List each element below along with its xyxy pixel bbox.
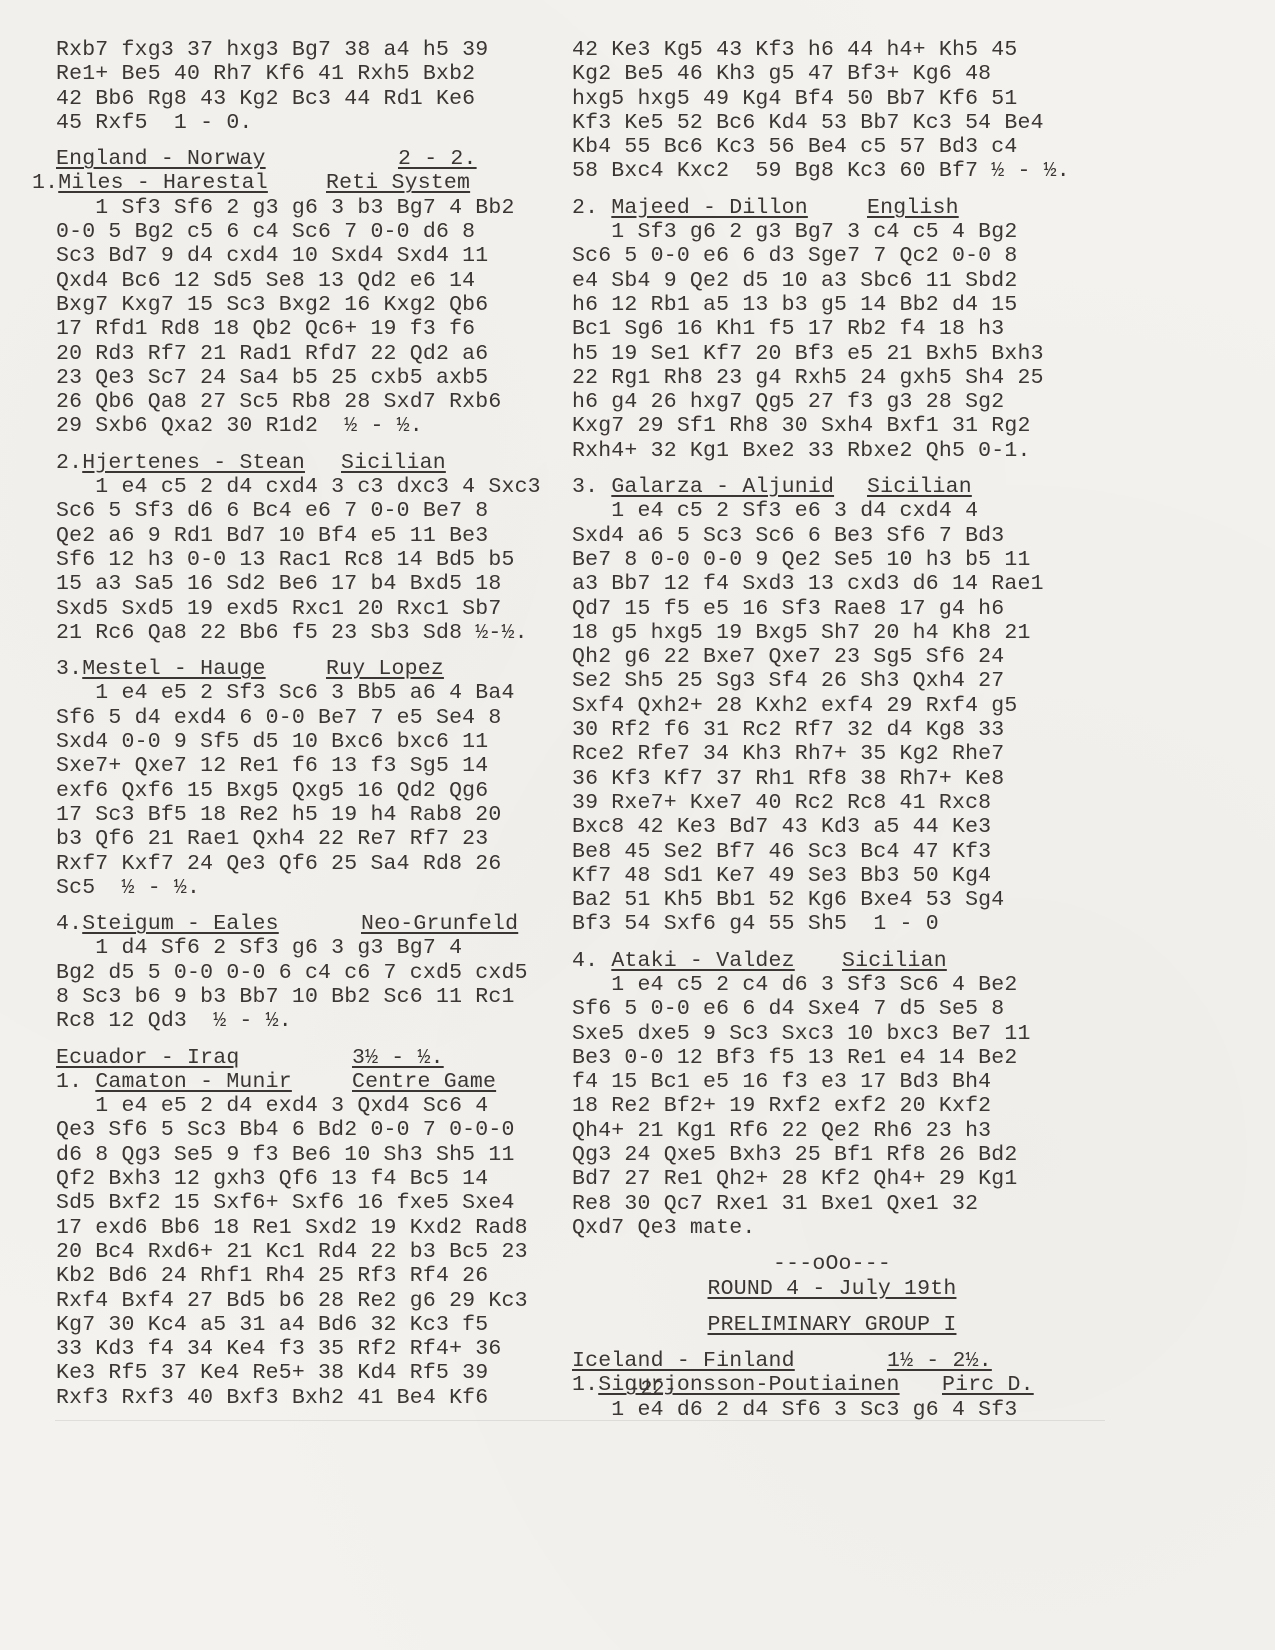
move-line: Rxb7 fxg3 37 hxg3 Bg7 38 a4 h5 39 xyxy=(56,38,526,62)
heading-row: 4.Steigum - EalesNeo-Grunfeld xyxy=(56,912,526,936)
game-number: 2. xyxy=(56,451,82,475)
right-column: 42 Ke3 Kg5 43 Kf3 h6 44 h4+ Kh5 45Kg2 Be… xyxy=(572,38,1092,1422)
heading-row: 3.Mestel - HaugeRuy Lopez xyxy=(56,657,526,681)
group-heading: PRELIMINARY GROUP I xyxy=(708,1313,957,1337)
spacer xyxy=(572,1337,1092,1349)
game-opening: Sicilian xyxy=(842,949,947,973)
move-line: Kg7 30 Kc4 a5 31 a4 Bd6 32 Kc3 f5 xyxy=(56,1313,526,1337)
match-title: Iceland - Finland xyxy=(572,1349,795,1373)
move-line: 1 e4 e5 2 Sf3 Sc6 3 Bb5 a6 4 Ba4 xyxy=(56,681,526,705)
move-line: 15 a3 Sa5 16 Sd2 Be6 17 b4 Bxd5 18 xyxy=(56,572,526,596)
game-number: 3. xyxy=(572,475,611,499)
spacer xyxy=(56,1034,526,1046)
game-number: 2. xyxy=(572,196,611,220)
spacer xyxy=(572,184,1092,196)
move-line: Qe3 Sf6 5 Sc3 Bb4 6 Bd2 0-0 7 0-0-0 xyxy=(56,1118,526,1142)
move-line: 22 Rg1 Rh8 23 g4 Rxh5 24 gxh5 Sh4 25 xyxy=(572,366,1092,390)
move-line: Kf3 Ke5 52 Bc6 Kd4 53 Bb7 Kc3 54 Be4 xyxy=(572,111,1092,135)
move-line: Qxd7 Qe3 mate. xyxy=(572,1216,1092,1240)
move-line: 45 Rxf5 1 - 0. xyxy=(56,111,526,135)
move-line: Rxh4+ 32 Kg1 Bxe2 33 Rbxe2 Qh5 0-1. xyxy=(572,439,1092,463)
move-line: 1 Sf3 Sf6 2 g3 g6 3 b3 Bg7 4 Bb2 xyxy=(56,196,526,220)
spacer xyxy=(572,463,1092,475)
move-line: 29 Sxb6 Qxa2 30 R1d2 ½ - ½. xyxy=(56,414,526,438)
move-line: f4 15 Bc1 e5 16 f3 e3 17 Bd3 Bh4 xyxy=(572,1070,1092,1094)
move-line: Bg2 d5 5 0-0 0-0 6 c4 c6 7 cxd5 cxd5 xyxy=(56,961,526,985)
move-line: Qd7 15 f5 e5 16 Sf3 Rae8 17 g4 h6 xyxy=(572,597,1092,621)
spacer xyxy=(56,900,526,912)
game-players: Camaton - Munir xyxy=(95,1070,292,1094)
move-line: 1 e4 d6 2 d4 Sf6 3 Sc3 g6 4 Sf3 xyxy=(572,1398,1092,1422)
heading-row: 1. Camaton - MunirCentre Game xyxy=(56,1070,526,1094)
move-line: exf6 Qxf6 15 Bxg5 Qxg5 16 Qd2 Qg6 xyxy=(56,779,526,803)
move-line: Kxg7 29 Sf1 Rh8 30 Sxh4 Bxf1 31 Rg2 xyxy=(572,414,1092,438)
move-line: 18 g5 hxg5 19 Bxg5 Sh7 20 h4 Kh8 21 xyxy=(572,621,1092,645)
move-line: 1 Sf3 g6 2 g3 Bg7 3 c4 c5 4 Bg2 xyxy=(572,220,1092,244)
left-column: Rxb7 fxg3 37 hxg3 Bg7 38 a4 h5 39Re1+ Be… xyxy=(56,38,526,1410)
move-line: e4 Sb4 9 Qe2 d5 10 a3 Sbc6 11 Sbd2 xyxy=(572,269,1092,293)
move-line: Qe2 a6 9 Rd1 Bd7 10 Bf4 e5 11 Be3 xyxy=(56,524,526,548)
move-line: 17 exd6 Bb6 18 Re1 Sxd2 19 Kxd2 Rad8 xyxy=(56,1216,526,1240)
game-opening: Sicilian xyxy=(341,451,446,475)
move-line: Bxc8 42 Ke3 Bd7 43 Kd3 a5 44 Ke3 xyxy=(572,815,1092,839)
game-opening: English xyxy=(867,196,959,220)
move-line: b3 Qf6 21 Rae1 Qxh4 22 Re7 Rf7 23 xyxy=(56,827,526,851)
move-line: 30 Rf2 f6 31 Rc2 Rf7 32 d4 Kg8 33 xyxy=(572,718,1092,742)
move-line: Sf6 5 0-0 e6 6 d4 Sxe4 7 d5 Se5 8 xyxy=(572,997,1092,1021)
round-heading-row: ROUND 4 - July 19th xyxy=(572,1277,1092,1301)
match-score: 3½ - ½. xyxy=(352,1046,444,1070)
move-line: Rxf7 Kxf7 24 Qe3 Qf6 25 Sa4 Rd8 26 xyxy=(56,852,526,876)
move-line: Sxe7+ Qxe7 12 Re1 f6 13 f3 Sg5 14 xyxy=(56,754,526,778)
game-number: 3. xyxy=(56,657,82,681)
move-line: 0-0 5 Bg2 c5 6 c4 Sc6 7 0-0 d6 8 xyxy=(56,220,526,244)
game-players: Mestel - Hauge xyxy=(82,657,265,681)
move-line: 8 Sc3 b6 9 b3 Bb7 10 Bb2 Sc6 11 Rc1 xyxy=(56,985,526,1009)
heading-row: 2. Majeed - DillonEnglish xyxy=(572,196,1092,220)
move-line: h5 19 Se1 Kf7 20 Bf3 e5 21 Bxh5 Bxh3 xyxy=(572,342,1092,366)
move-line: 42 Ke3 Kg5 43 Kf3 h6 44 h4+ Kh5 45 xyxy=(572,38,1092,62)
move-line: Ba2 51 Kh5 Bb1 52 Kg6 Bxe4 53 Sg4 xyxy=(572,888,1092,912)
move-line: Bf3 54 Sxf6 g4 55 Sh5 1 - 0 xyxy=(572,912,1092,936)
move-line: 33 Kd3 f4 34 Ke4 f3 35 Rf2 Rf4+ 36 xyxy=(56,1337,526,1361)
move-line: 21 Rc6 Qa8 22 Bb6 f5 23 Sb3 Sd8 ½-½. xyxy=(56,621,526,645)
move-line: Sf6 5 d4 exd4 6 0-0 Be7 7 e5 Se4 8 xyxy=(56,706,526,730)
game-players: Hjertenes - Stean xyxy=(82,451,305,475)
spacer xyxy=(56,439,526,451)
move-line: Qf2 Bxh3 12 gxh3 Qf6 13 f4 Bc5 14 xyxy=(56,1167,526,1191)
game-players: Steigum - Eales xyxy=(82,912,279,936)
move-line: Qh2 g6 22 Bxe7 Qxe7 23 Sg5 Sf6 24 xyxy=(572,645,1092,669)
move-line: a3 Bb7 12 f4 Sxd3 13 cxd3 d6 14 Rae1 xyxy=(572,572,1092,596)
move-line: Sc3 Bd7 9 d4 cxd4 10 Sxd4 Sxd4 11 xyxy=(56,244,526,268)
move-line: Sxf4 Qxh2+ 28 Kxh2 exf4 29 Rxf4 g5 xyxy=(572,694,1092,718)
game-number: 4. xyxy=(572,949,611,973)
move-line: 1 d4 Sf6 2 Sf3 g6 3 g3 Bg7 4 xyxy=(56,936,526,960)
move-line: 26 Qb6 Qa8 27 Sc5 Rb8 28 Sxd7 Rxb6 xyxy=(56,390,526,414)
move-line: Re1+ Be5 40 Rh7 Kf6 41 Rxh5 Bxb2 xyxy=(56,62,526,86)
move-line: Sf6 12 h3 0-0 13 Rac1 Rc8 14 Bd5 b5 xyxy=(56,548,526,572)
move-line: Sxe5 dxe5 9 Sc3 Sxc3 10 bxc3 Be7 11 xyxy=(572,1022,1092,1046)
game-opening: Sicilian xyxy=(867,475,972,499)
move-line: Kb4 55 Bc6 Kc3 56 Be4 c5 57 Bd3 c4 xyxy=(572,135,1092,159)
game-players: Miles - Harestal xyxy=(58,171,268,195)
spacer xyxy=(572,1301,1092,1313)
game-opening: Centre Game xyxy=(352,1070,496,1094)
move-line: 1 e4 c5 2 Sf3 e6 3 d4 cxd4 4 xyxy=(572,499,1092,523)
game-opening: Neo-Grunfeld xyxy=(361,912,518,936)
move-line: 1 e4 c5 2 c4 d6 3 Sf3 Sc6 4 Be2 xyxy=(572,973,1092,997)
move-line: d6 8 Qg3 Se5 9 f3 Be6 10 Sh3 Sh5 11 xyxy=(56,1143,526,1167)
move-line: Sxd5 Sxd5 19 exd5 Rxc1 20 Rxc1 Sb7 xyxy=(56,597,526,621)
move-line: Sxd4 a6 5 Sc3 Sc6 6 Be3 Sf6 7 Bd3 xyxy=(572,524,1092,548)
group-heading-row: PRELIMINARY GROUP I xyxy=(572,1313,1092,1337)
match-title: England - Norway xyxy=(56,147,266,171)
move-line: Sd5 Bxf2 15 Sxf6+ Sxf6 16 fxe5 Sxe4 xyxy=(56,1191,526,1215)
move-line: Kf7 48 Sd1 Ke7 49 Se3 Bb3 50 Kg4 xyxy=(572,864,1092,888)
move-line: Kg2 Be5 46 Kh3 g5 47 Bf3+ Kg6 48 xyxy=(572,62,1092,86)
spacer xyxy=(572,937,1092,949)
move-line: Rxf4 Bxf4 27 Bd5 b6 28 Re2 g6 29 Kc3 xyxy=(56,1289,526,1313)
page-bottom-rule xyxy=(55,1420,1105,1421)
heading-row: 1.Miles - HarestalReti System xyxy=(32,171,526,195)
move-line: Rc8 12 Qd3 ½ - ½. xyxy=(56,1009,526,1033)
round-heading: ROUND 4 - July 19th xyxy=(708,1277,957,1301)
move-line: Qxd4 Bc6 12 Sd5 Se8 13 Qd2 e6 14 xyxy=(56,269,526,293)
move-line: 18 Re2 Bf2+ 19 Rxf2 exf2 20 Kxf2 xyxy=(572,1094,1092,1118)
match-title: Ecuador - Iraq xyxy=(56,1046,239,1070)
spacer xyxy=(56,135,526,147)
move-line: Re8 30 Qc7 Rxe1 31 Bxe1 Qxe1 32 xyxy=(572,1192,1092,1216)
move-line: 20 Bc4 Rxd6+ 21 Kc1 Rd4 22 b3 Bc5 23 xyxy=(56,1240,526,1264)
game-players: Ataki - Valdez xyxy=(611,949,794,973)
heading-row: Iceland - Finland1½ - 2½. xyxy=(572,1349,1092,1373)
move-line: Se2 Sh5 25 Sg3 Sf4 26 Sh3 Qxh4 27 xyxy=(572,669,1092,693)
move-line: Be3 0-0 12 Bf3 f5 13 Re1 e4 14 Be2 xyxy=(572,1046,1092,1070)
section-separator: ---oOo--- xyxy=(572,1252,1092,1276)
page-number: -22- xyxy=(0,1378,1275,1401)
heading-row: 4. Ataki - ValdezSicilian xyxy=(572,949,1092,973)
heading-row: 3. Galarza - AljunidSicilian xyxy=(572,475,1092,499)
move-line: h6 g4 26 hxg7 Qg5 27 f3 g3 28 Sg2 xyxy=(572,390,1092,414)
move-line: 39 Rxe7+ Kxe7 40 Rc2 Rc8 41 Rxc8 xyxy=(572,791,1092,815)
match-score: 1½ - 2½. xyxy=(887,1349,992,1373)
move-line: Kb2 Bd6 24 Rhf1 Rh4 25 Rf3 Rf4 26 xyxy=(56,1264,526,1288)
match-score: 2 - 2. xyxy=(398,147,477,171)
move-line: 20 Rd3 Rf7 21 Rad1 Rfd7 22 Qd2 a6 xyxy=(56,342,526,366)
move-line: Bc1 Sg6 16 Kh1 f5 17 Rb2 f4 18 h3 xyxy=(572,317,1092,341)
move-line: 42 Bb6 Rg8 43 Kg2 Bc3 44 Rd1 Ke6 xyxy=(56,87,526,111)
move-line: Rce2 Rfe7 34 Kh3 Rh7+ 35 Kg2 Rhe7 xyxy=(572,742,1092,766)
move-line: 36 Kf3 Kf7 37 Rh1 Rf8 38 Rh7+ Ke8 xyxy=(572,767,1092,791)
move-line: Bd7 27 Re1 Qh2+ 28 Kf2 Qh4+ 29 Kg1 xyxy=(572,1167,1092,1191)
game-opening: Ruy Lopez xyxy=(326,657,444,681)
move-line: Qh4+ 21 Kg1 Rf6 22 Qe2 Rh6 23 h3 xyxy=(572,1119,1092,1143)
move-line: Bxg7 Kxg7 15 Sc3 Bxg2 16 Kxg2 Qb6 xyxy=(56,293,526,317)
move-line: Qg3 24 Qxe5 Bxh3 25 Bf1 Rf8 26 Bd2 xyxy=(572,1143,1092,1167)
move-line: 1 e4 c5 2 d4 cxd4 3 c3 dxc3 4 Sxc3 xyxy=(56,475,526,499)
game-number: 4. xyxy=(56,912,82,936)
move-line: Be8 45 Se2 Bf7 46 Sc3 Bc4 47 Kf3 xyxy=(572,840,1092,864)
move-line: 17 Sc3 Bf5 18 Re2 h5 19 h4 Rab8 20 xyxy=(56,803,526,827)
heading-row: England - Norway2 - 2. xyxy=(56,147,526,171)
move-line: Sc6 5 Sf3 d6 6 Bc4 e6 7 0-0 Be7 8 xyxy=(56,499,526,523)
game-number: 1. xyxy=(32,171,58,195)
move-line: 58 Bxc4 Kxc2 59 Bg8 Kc3 60 Bf7 ½ - ½. xyxy=(572,159,1092,183)
game-number: 1. xyxy=(56,1070,95,1094)
move-line: Sc5 ½ - ½. xyxy=(56,876,526,900)
spacer xyxy=(572,1240,1092,1252)
heading-row: 2.Hjertenes - SteanSicilian xyxy=(56,451,526,475)
move-line: Sxd4 0-0 9 Sf5 d5 10 Bxc6 bxc6 11 xyxy=(56,730,526,754)
spacer xyxy=(56,645,526,657)
move-line: 1 e4 e5 2 d4 exd4 3 Qxd4 Sc6 4 xyxy=(56,1094,526,1118)
move-line: hxg5 hxg5 49 Kg4 Bf4 50 Bb7 Kf6 51 xyxy=(572,87,1092,111)
game-players: Majeed - Dillon xyxy=(611,196,808,220)
move-line: 23 Qe3 Sc7 24 Sa4 b5 25 cxb5 axb5 xyxy=(56,366,526,390)
move-line: 17 Rfd1 Rd8 18 Qb2 Qc6+ 19 f3 f6 xyxy=(56,317,526,341)
game-players: Galarza - Aljunid xyxy=(611,475,834,499)
move-line: Be7 8 0-0 0-0 9 Qe2 Se5 10 h3 b5 11 xyxy=(572,548,1092,572)
game-opening: Reti System xyxy=(326,171,470,195)
move-line: Sc6 5 0-0 e6 6 d3 Sge7 7 Qc2 0-0 8 xyxy=(572,244,1092,268)
move-line: h6 12 Rb1 a5 13 b3 g5 14 Bb2 d4 15 xyxy=(572,293,1092,317)
heading-row: Ecuador - Iraq3½ - ½. xyxy=(56,1046,526,1070)
